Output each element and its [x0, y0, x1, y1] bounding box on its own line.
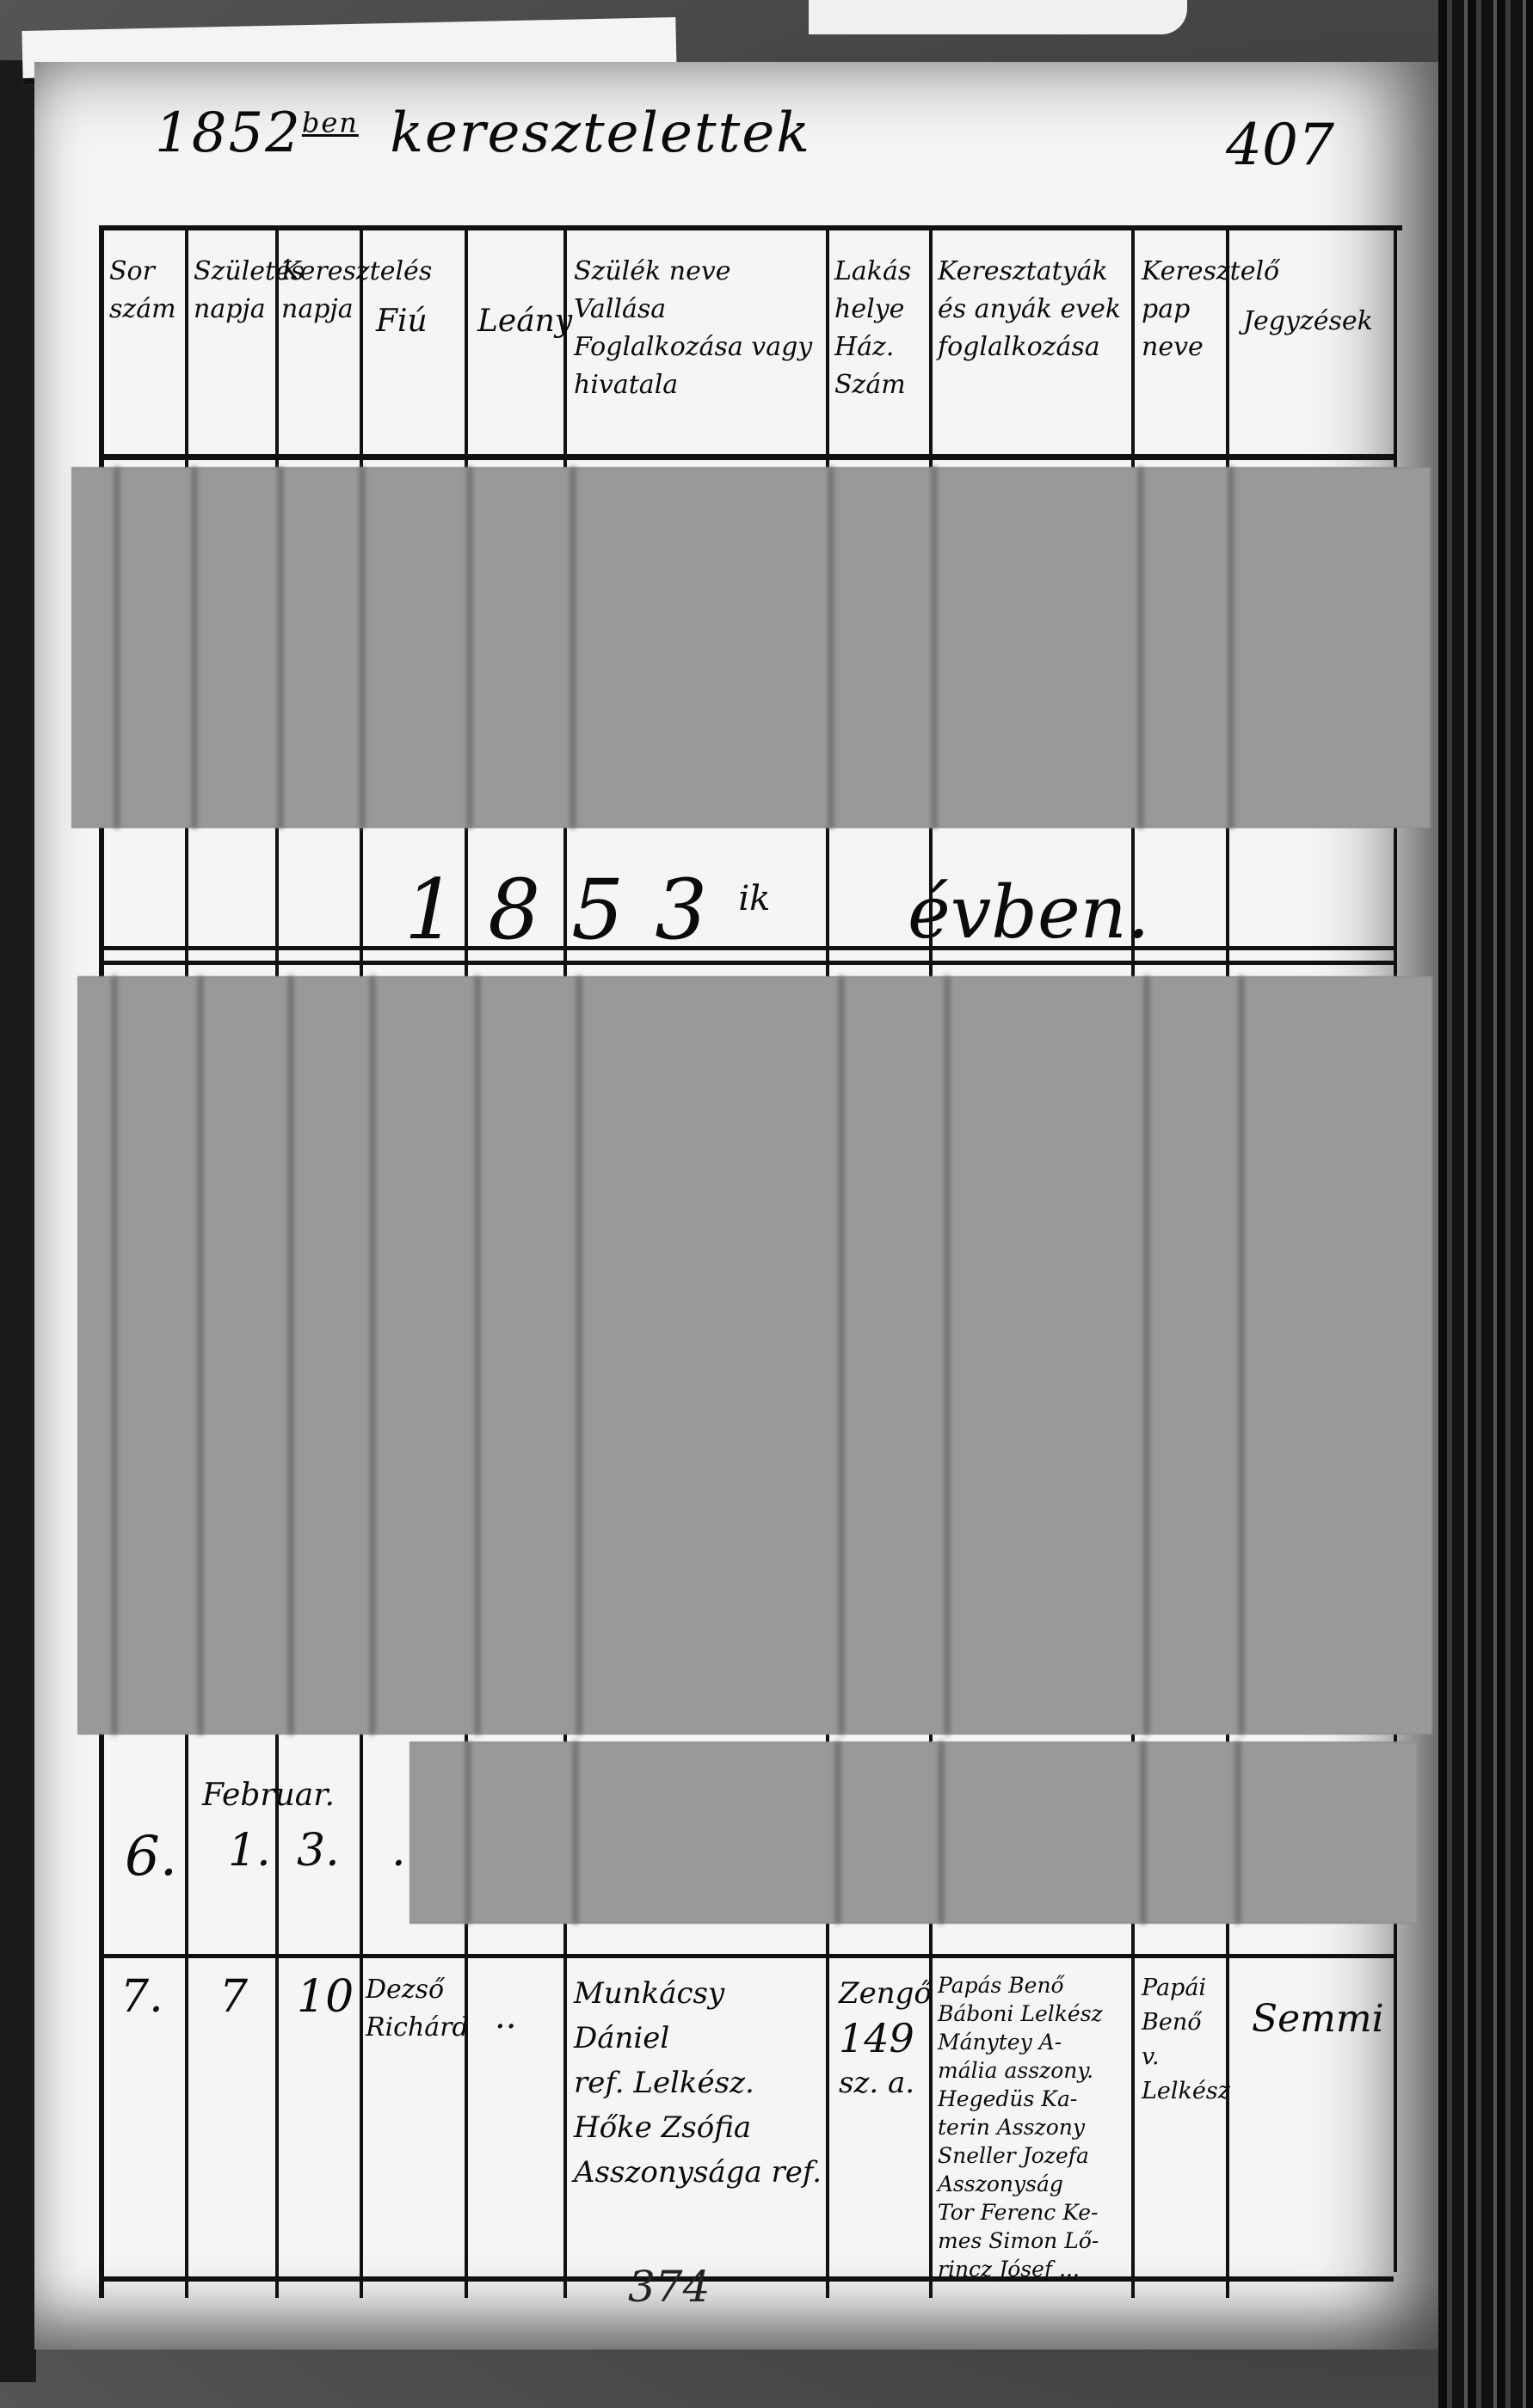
- priest-line: Benő: [1142, 2006, 1226, 2040]
- row6-sorszam: 6.: [125, 1825, 177, 1889]
- row6-kereszteles: 3.: [297, 1825, 340, 1877]
- row7-lakas: Zengő 149 sz. a.: [839, 1971, 925, 2105]
- footer-number: 374: [628, 2262, 710, 2312]
- parent-line: Asszonysága ref.: [574, 2150, 823, 2195]
- row-divider: [99, 1954, 1394, 1958]
- residence-line: sz. a.: [839, 2061, 925, 2105]
- header-fiu: Fiú: [376, 303, 462, 341]
- parent-line: ref. Lelkész.: [574, 2061, 823, 2105]
- godparent-line: terin Asszony: [938, 2113, 1131, 2141]
- redacted-region: [409, 1741, 1418, 1924]
- row-divider: [99, 225, 1402, 230]
- godparent-line: Papás Benő: [938, 1971, 1131, 1999]
- row7-keresztszulok: Papás Benő Báboni Lelkész Mánytey A- mál…: [938, 1971, 1131, 2283]
- row7-leany: ..: [495, 1997, 516, 2036]
- header-leany: Leány: [477, 303, 563, 341]
- header-pap: Keresztelő pap neve: [1142, 253, 1223, 366]
- book-spine: [1438, 0, 1533, 2408]
- row-divider: [99, 2276, 1394, 2282]
- page-heading: 1852ben keresztelettek: [155, 101, 811, 165]
- row-divider: [99, 454, 1394, 460]
- godparent-line: Tor Ferenc Ke-: [938, 2198, 1131, 2227]
- redacted-region: [77, 976, 1432, 1735]
- parent-line: Hőke Zsófia: [574, 2105, 823, 2150]
- row6-fiu: .: [391, 1825, 406, 1877]
- godparent-line: rincz Jósef ...: [938, 2255, 1131, 2283]
- parent-line: Munkácsy Dániel: [574, 1971, 823, 2061]
- row7-jegyzet: Semmi: [1252, 1997, 1384, 2041]
- section-year-word: évben.: [908, 870, 1149, 955]
- godparent-line: mália asszony.: [938, 2056, 1131, 2085]
- godparent-line: mes Simon Lő-: [938, 2227, 1131, 2255]
- row7-fiu: Dezső Richárd: [366, 1971, 462, 2047]
- page-number: 407: [1226, 112, 1334, 178]
- header-szulok: Szülék neve Vallása Foglalkozása vagy hi…: [574, 253, 823, 404]
- row7-szulok: Munkácsy Dániel ref. Lelkész. Hőke Zsófi…: [574, 1971, 823, 2195]
- header-kereszteles: Keresztelés napja: [281, 253, 359, 329]
- header-szuletes: Születés napja: [194, 253, 273, 329]
- row6-szuletes: 1.: [228, 1825, 271, 1877]
- header-keresztszulok: Keresztatyák és anyák evek foglalkozása: [938, 253, 1127, 366]
- godparent-line: Mánytey A-: [938, 2028, 1131, 2056]
- heading-suffix: ben: [302, 107, 359, 139]
- row7-kereszteles: 10: [297, 1971, 354, 2023]
- heading-year: 1852: [155, 101, 302, 165]
- header-lakas: Lakás helye Ház. Szám: [834, 253, 925, 404]
- section-year-number: 1853: [404, 862, 738, 958]
- godparent-line: Sneller Jozefa: [938, 2141, 1131, 2170]
- godparent-line: Hegedüs Ka-: [938, 2085, 1131, 2113]
- residence-line: 149: [839, 2016, 925, 2061]
- row7-szuletes: 7: [219, 1971, 248, 2023]
- residence-line: Zengő: [839, 1971, 925, 2016]
- godparent-line: Asszonyság: [938, 2170, 1131, 2198]
- header-jegyzet: Jegyzések: [1243, 303, 1389, 341]
- section-year-suffix: ik: [738, 879, 770, 918]
- row-divider: [99, 961, 1394, 965]
- priest-line: Papái: [1142, 1971, 1226, 2006]
- heading-word: keresztelettek: [390, 101, 811, 165]
- row7-pap: Papái Benő v. Lelkész: [1142, 1971, 1226, 2109]
- book-left-edge: [0, 60, 36, 2382]
- redacted-region: [71, 467, 1431, 828]
- header-sorszam: Sor szám: [109, 253, 182, 329]
- row7-sorszam: 7.: [120, 1971, 163, 2023]
- priest-line: v. Lelkész: [1142, 2040, 1226, 2109]
- godparent-line: Báboni Lelkész: [938, 1999, 1131, 2028]
- row6-month: Februar.: [202, 1773, 335, 1818]
- paper-strip-right: [809, 0, 1187, 34]
- section-year: 1853ik: [404, 862, 770, 958]
